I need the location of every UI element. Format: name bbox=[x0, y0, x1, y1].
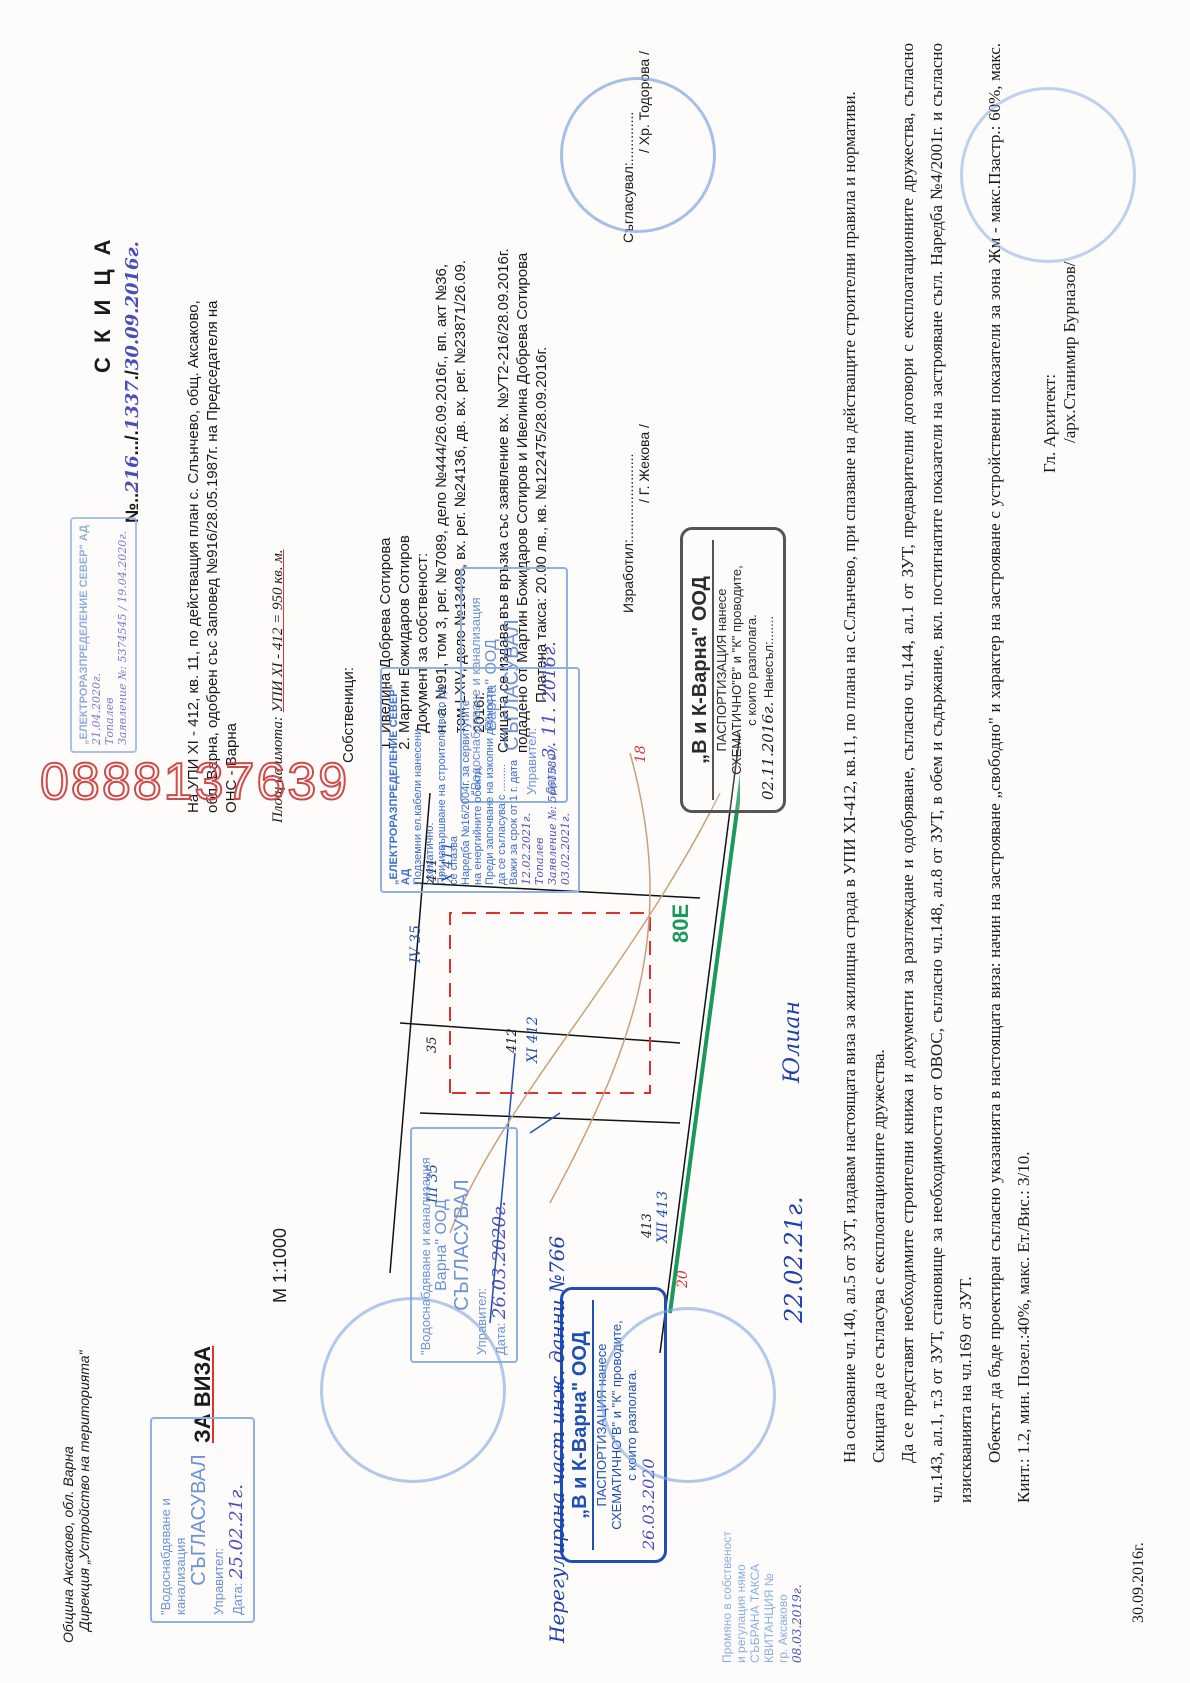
energo-stamp-1: „ЕЛЕКТРОРАЗПРЕДЕЛЕНИЕ СЕВЕР" АД Подземни… bbox=[380, 667, 580, 893]
municipal-fee-stamp: Промяно в собственост и регулация нямо С… bbox=[720, 1463, 804, 1663]
municipal-seal bbox=[560, 77, 716, 233]
scale-label: М 1:1000 bbox=[270, 1228, 291, 1303]
lot-label-main: XI 412 bbox=[525, 1016, 541, 1063]
handwritten-date: 22.02.21г. bbox=[780, 1196, 808, 1323]
document-title: С К И Ц А bbox=[90, 235, 116, 373]
architect-seal bbox=[960, 87, 1136, 263]
municipality-header: Община Аксаково, обл. Варна Дирекция „Ус… bbox=[60, 1351, 92, 1644]
vodo-stamp-3: "Водоснабдяване и канализация СЪГЛАСУВАЛ… bbox=[150, 1417, 255, 1623]
vik-stamp-1: „В и К-Варна" ООД ПАСПОРТИЗАЦИЯ нанесе С… bbox=[680, 527, 786, 813]
municipal-seal-3 bbox=[320, 1297, 506, 1483]
intro-block: На УПИ XI - 412, кв. 11, по действащия п… bbox=[185, 33, 241, 813]
handwritten-note: Нерегулирана част инж. данни №766 bbox=[545, 1236, 569, 1643]
lot-label-413: XII 413 bbox=[655, 1191, 671, 1243]
phone-watermark: 0888137639 bbox=[40, 752, 349, 812]
directorate-name: Дирекция „Устройство на територията" bbox=[76, 1351, 92, 1632]
document-number: №..216.../.1337./30.09.2016г. bbox=[122, 241, 143, 523]
street-label: 80E bbox=[668, 904, 694, 943]
area-value: УПИ XI - 412 = 950 кв. м. bbox=[270, 549, 286, 712]
rotated-document-page: Община Аксаково, обл. Варна Дирекция „Ус… bbox=[0, 0, 1190, 1683]
energo-stamp-2: „ЕЛЕКТРОРАЗПРЕДЕЛЕНИЕ СЕВЕР" АД 21.04.20… bbox=[70, 517, 137, 753]
visa-body: На основание чл.140, ал.5 от ЗУТ, издава… bbox=[835, 43, 1038, 1503]
prepared-by: Изработил:...................... / Г. Же… bbox=[620, 424, 652, 613]
handwritten-signature: Юлиан bbox=[780, 1001, 805, 1083]
municipal-seal-2 bbox=[600, 1307, 776, 1483]
architect-signature: Гл. Архитект: /арх.Станимир Бурназов/ bbox=[1040, 262, 1080, 473]
municipality-name: Община Аксаково, обл. Варна bbox=[60, 1351, 76, 1644]
visa-date: 30.09.2016г. bbox=[1130, 1542, 1148, 1623]
